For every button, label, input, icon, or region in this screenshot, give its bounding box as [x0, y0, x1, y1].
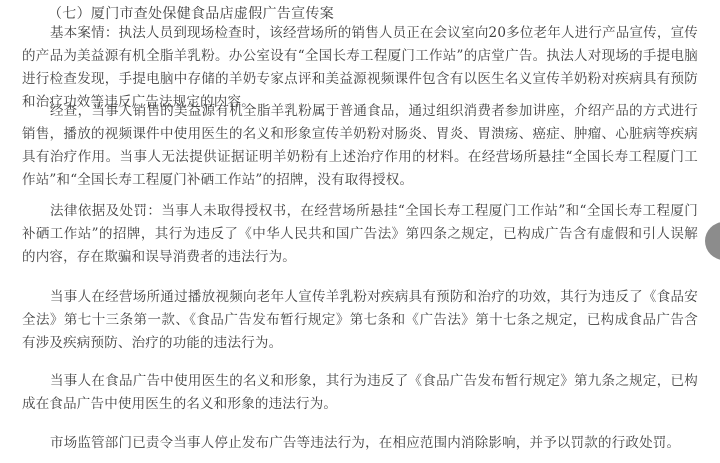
case-heading: （七）厦门市查处保健食品店虚假广告宣传案: [48, 4, 334, 24]
paragraph-penalty: 市场监管部门已责令当事人停止发布广告等违法行为，在相应范围内消除影响，并予以罚款…: [22, 432, 698, 455]
paragraph-doctor-image-violation: 当事人在食品广告中使用医生的名义和形象，其行为违反了《食品广告发布暂行规定》第九…: [22, 370, 698, 416]
paragraph-food-safety-violation: 当事人在经营场所通过播放视频向老年人宣传羊乳粉对疾病具有预防和治疗的功效，其行为…: [22, 286, 698, 355]
floating-side-button[interactable]: [705, 222, 720, 260]
paragraph-legal-basis: 法律依据及处罚：当事人未取得授权书，在经营场所悬挂“全国长寿工程厦门工作站”和“…: [22, 200, 698, 269]
paragraph-investigation: 经查，当事人销售的美益源有机全脂羊乳粉属于普通食品，通过组织消费者参加讲座，介绍…: [22, 100, 698, 192]
